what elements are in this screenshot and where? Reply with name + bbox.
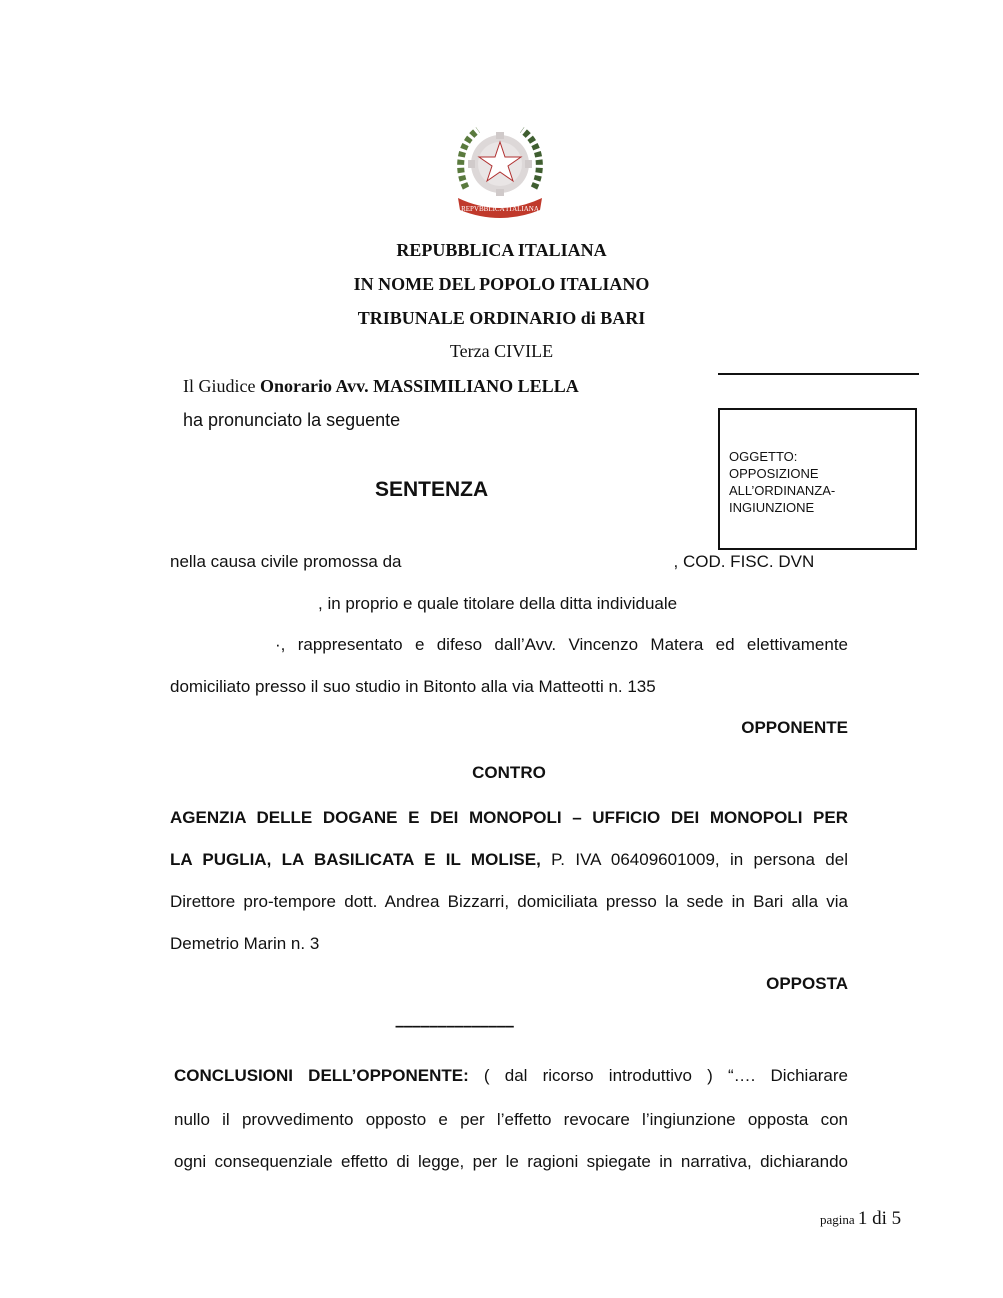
page-word: pagina xyxy=(820,1212,858,1227)
subject-line: INGIUNZIONE xyxy=(729,499,835,516)
conclusions-line-1: CONCLUSIONI DELL’OPPONENTE: ( dal ricors… xyxy=(174,1066,848,1086)
opponent-label: OPPONENTE xyxy=(170,718,848,738)
subject-box: OGGETTO: OPPOSIZIONE ALL’ORDINANZA- INGI… xyxy=(718,408,917,550)
document-title: SENTENZA xyxy=(375,478,488,502)
conclusions-line-2: nullo il provvedimento opposto e per l’e… xyxy=(174,1110,848,1130)
emblem-of-italy-icon: REPVBBLICA ITALIANA xyxy=(448,118,552,222)
svg-text:REPVBBLICA ITALIANA: REPVBBLICA ITALIANA xyxy=(461,205,539,213)
parties-line-1: nella causa civile promossa da, COD. FIS… xyxy=(170,552,848,572)
subject-line: OGGETTO: xyxy=(729,448,835,465)
divider-line xyxy=(718,373,919,375)
parties-line-2: , in proprio e quale titolare della ditt… xyxy=(170,594,848,614)
redacted-name xyxy=(402,558,674,568)
subject-line: ALL’ORDINANZA- xyxy=(729,482,835,499)
judge-line: Il Giudice Onorario Avv. MASSIMILIANO LE… xyxy=(183,376,579,397)
subject-line: OPPOSIZIONE xyxy=(729,465,835,482)
text: P. IVA 06409601009, in persona del xyxy=(541,850,848,869)
against-label: CONTRO xyxy=(170,763,848,783)
parties-line-3: ·, rappresentato e difeso dall’Avv. Vinc… xyxy=(170,635,848,655)
text: , COD. FISC. DVN xyxy=(674,552,815,571)
conclusions-heading: CONCLUSIONI DELL’OPPONENTE: xyxy=(174,1066,469,1085)
section-separator: –––––––––––––– xyxy=(395,1016,513,1036)
conclusions-line-3: ogni consequenziale effetto di legge, pe… xyxy=(174,1152,848,1172)
judge-prefix: Il Giudice xyxy=(183,376,260,396)
opposed-line-1: AGENZIA DELLE DOGANE E DEI MONOPOLI – UF… xyxy=(170,808,848,828)
judge-name: Onorario Avv. MASSIMILIANO LELLA xyxy=(260,376,579,396)
text: ( dal ricorso introduttivo ) “…. Dichiar… xyxy=(469,1066,848,1085)
opposed-label: OPPOSTA xyxy=(170,974,848,994)
redacted-tax-code xyxy=(170,600,318,610)
header-people: IN NOME DEL POPOLO ITALIANO xyxy=(0,274,1003,295)
pronounced-line: ha pronunciato la seguente xyxy=(183,410,400,431)
header-republic: REPUBBLICA ITALIANA xyxy=(0,240,1003,261)
parties-line-4: domiciliato presso il suo studio in Bito… xyxy=(170,677,848,697)
opposed-line-2: LA PUGLIA, LA BASILICATA E IL MOLISE, P.… xyxy=(170,850,848,870)
redacted-business xyxy=(170,641,275,651)
text: LA PUGLIA, LA BASILICATA E IL MOLISE, xyxy=(170,850,541,869)
page-number: pagina 1 di 5 xyxy=(820,1208,901,1230)
opposed-line-3: Direttore pro-tempore dott. Andrea Bizza… xyxy=(170,892,848,912)
header-section: Terza CIVILE xyxy=(0,341,1003,362)
text: nella causa civile promossa da xyxy=(170,552,402,571)
text: ·, rappresentato e difeso dall’Avv. Vinc… xyxy=(275,635,848,654)
page-count: 1 di 5 xyxy=(858,1208,901,1229)
text: , in proprio e quale titolare della ditt… xyxy=(318,594,677,613)
header-court: TRIBUNALE ORDINARIO di BARI xyxy=(0,308,1003,329)
opposed-line-4: Demetrio Marin n. 3 xyxy=(170,934,848,954)
